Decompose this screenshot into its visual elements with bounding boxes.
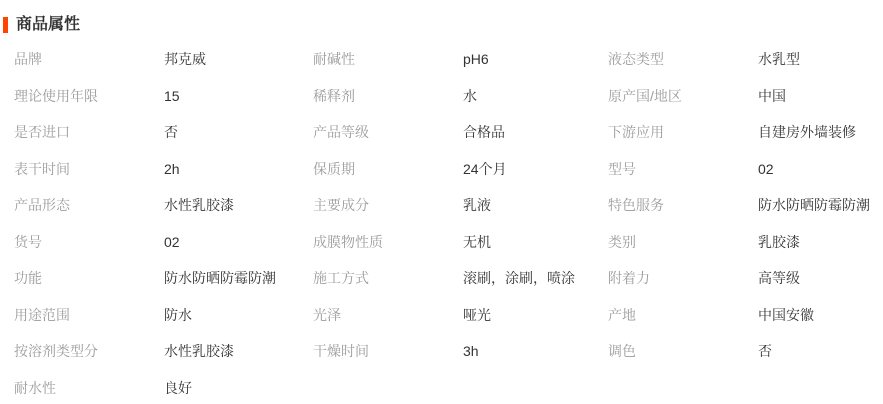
attribute-label: 货号 [14,232,164,252]
attribute-label: 保质期 [313,159,463,179]
attribute-value: 中国 [758,86,786,106]
attribute-item: 产地 中国安徽 [608,301,883,338]
attribute-item: 产品等级 合格品 [313,118,608,155]
attribute-value: 滚刷，涂刷，喷涂 [463,268,575,288]
attribute-label: 类别 [608,232,758,252]
attribute-item: 液态类型 水乳型 [608,45,883,82]
attribute-item: 是否进口 否 [14,118,313,155]
attribute-item: 按溶剂类型分 水性乳胶漆 [14,337,313,374]
attribute-label: 光泽 [313,305,463,325]
attribute-item: 保质期 24个月 [313,155,608,192]
attribute-value: 高等级 [758,268,800,288]
attribute-value: 防水防晒防霉防潮 [164,268,276,288]
panel-header: 商品属性 [0,0,883,36]
attribute-label: 施工方式 [313,268,463,288]
attribute-value: 良好 [164,378,192,398]
attribute-label: 产品形态 [14,195,164,215]
attribute-item: 干燥时间 3h [313,337,608,374]
attribute-value: 中国安徽 [758,305,814,325]
attribute-item: 原产国/地区 中国 [608,82,883,119]
attribute-item: 成膜物性质 无机 [313,228,608,265]
attribute-label: 功能 [14,268,164,288]
attribute-item: 理论使用年限 15 [14,82,313,119]
attributes-grid: 品牌 邦克威 耐碱性 pH6 液态类型 水乳型 理论使用年限 15 稀释剂 水 … [0,45,883,404]
attribute-label: 调色 [608,341,758,361]
attribute-label: 干燥时间 [313,341,463,361]
attribute-label: 是否进口 [14,122,164,142]
attribute-label: 表干时间 [14,159,164,179]
attribute-label: 理论使用年限 [14,86,164,106]
attribute-item: 附着力 高等级 [608,264,883,301]
attribute-label: 耐水性 [14,378,164,398]
attribute-label: 产品等级 [313,122,463,142]
attribute-item: 光泽 哑光 [313,301,608,338]
attribute-label: 耐碱性 [313,49,463,69]
attribute-value: 否 [758,341,772,361]
page-title: 商品属性 [16,16,80,34]
attribute-value: 防水 [164,305,192,325]
attribute-label: 主要成分 [313,195,463,215]
attribute-value: 乳液 [463,195,491,215]
attribute-item: 表干时间 2h [14,155,313,192]
attribute-value: pH6 [463,49,489,69]
attribute-value: 02 [758,159,774,179]
attribute-item: 下游应用 自建房外墙装修 [608,118,883,155]
attribute-label: 下游应用 [608,122,758,142]
attribute-item: 用途范围 防水 [14,301,313,338]
attribute-item: 货号 02 [14,228,313,265]
attribute-value: 水 [463,86,477,106]
attribute-item: 调色 否 [608,337,883,374]
attribute-value: 2h [164,159,180,179]
attribute-label: 品牌 [14,49,164,69]
attribute-value: 防水防晒防霉防潮 [758,195,870,215]
attribute-item: 品牌 邦克威 [14,45,313,82]
attribute-value: 否 [164,122,178,142]
attribute-value: 邦克威 [164,49,206,69]
attribute-label: 原产国/地区 [608,86,758,106]
attribute-item: 耐水性 良好 [14,374,313,404]
attribute-item: 耐碱性 pH6 [313,45,608,82]
attribute-item: 型号 02 [608,155,883,192]
attribute-label: 附着力 [608,268,758,288]
attribute-value: 无机 [463,232,491,252]
attribute-value: 24个月 [463,159,507,179]
attribute-item: 功能 防水防晒防霉防潮 [14,264,313,301]
attribute-label: 按溶剂类型分 [14,341,164,361]
accent-bar-icon [3,17,8,33]
attribute-item: 稀释剂 水 [313,82,608,119]
attribute-label: 特色服务 [608,195,758,215]
attribute-value: 02 [164,232,180,252]
attribute-label: 用途范围 [14,305,164,325]
attribute-value: 3h [463,341,479,361]
attribute-label: 液态类型 [608,49,758,69]
product-attributes-panel: 商品属性 品牌 邦克威 耐碱性 pH6 液态类型 水乳型 理论使用年限 15 稀… [0,0,883,404]
attribute-item: 施工方式 滚刷，涂刷，喷涂 [313,264,608,301]
attribute-item: 产品形态 水性乳胶漆 [14,191,313,228]
attribute-value: 合格品 [463,122,505,142]
attribute-value: 哑光 [463,305,491,325]
attribute-value: 水性乳胶漆 [164,195,234,215]
attribute-value: 水乳型 [758,49,800,69]
attribute-value: 水性乳胶漆 [164,341,234,361]
attribute-item: 类别 乳胶漆 [608,228,883,265]
attribute-value: 乳胶漆 [758,232,800,252]
attribute-item: 主要成分 乳液 [313,191,608,228]
attribute-label: 成膜物性质 [313,232,463,252]
attribute-label: 稀释剂 [313,86,463,106]
attribute-value: 15 [164,86,180,106]
attribute-label: 产地 [608,305,758,325]
attribute-value: 自建房外墙装修 [758,122,856,142]
attribute-item: 特色服务 防水防晒防霉防潮 [608,191,883,228]
attribute-label: 型号 [608,159,758,179]
